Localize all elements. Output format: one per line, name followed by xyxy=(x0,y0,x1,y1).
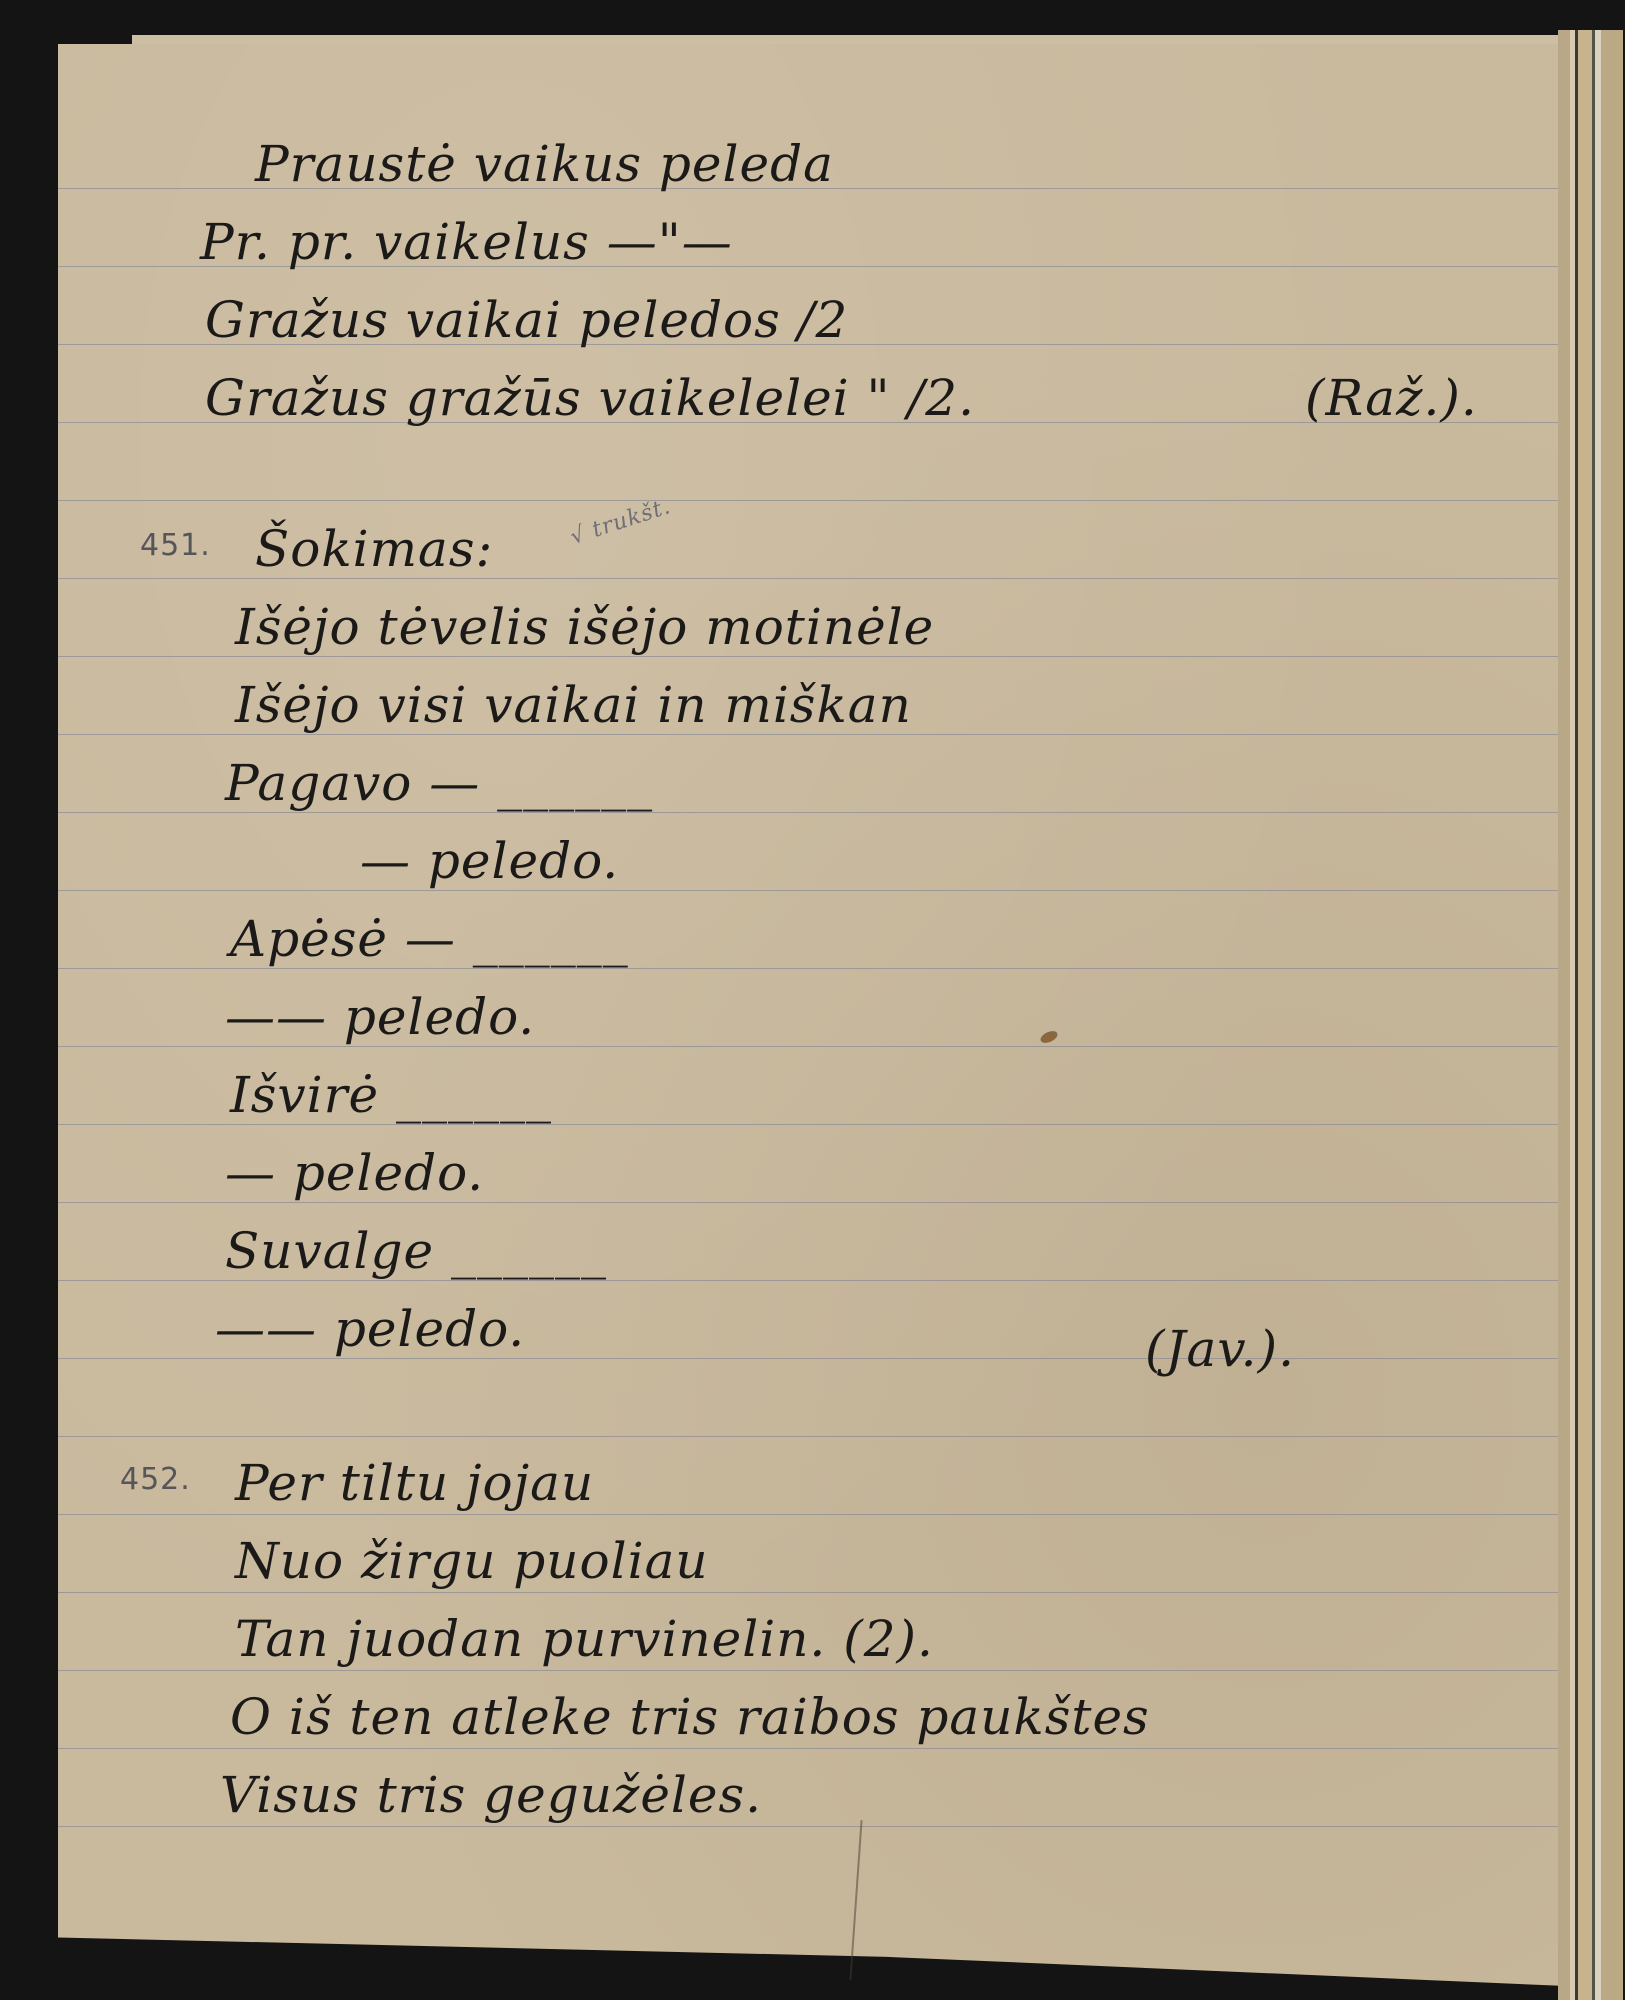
verse-line: Išvirė ______ xyxy=(230,1066,552,1124)
verse-line: —— peledo. xyxy=(215,1300,525,1358)
verse-line: Gražus gražūs vaikelelei " /2. xyxy=(205,369,975,427)
entry-title: Šokimas: xyxy=(255,520,493,578)
ruled-line xyxy=(58,812,1566,813)
verse-line: Per tiltu jojau xyxy=(235,1454,594,1512)
verse-line: Pr. pr. vaikelus —"— xyxy=(200,213,733,271)
entry-number: 452. xyxy=(120,1462,191,1497)
verse-line: Suvalge ______ xyxy=(225,1222,607,1280)
ruled-line xyxy=(58,890,1566,891)
verse-line: — peledo. xyxy=(225,1144,484,1202)
verse-line: Tan juodan purvinelin. (2). xyxy=(235,1610,934,1668)
ruled-line xyxy=(58,1436,1566,1437)
verse-line: Nuo žirgu puoliau xyxy=(235,1532,709,1590)
verse-line: Pagavo — ______ xyxy=(225,754,653,812)
page-edges xyxy=(1558,30,1625,2000)
verse-line: Gražus vaikai peledos /2 xyxy=(205,291,848,349)
ruled-line xyxy=(58,578,1566,579)
ruled-line xyxy=(58,968,1566,969)
ruled-line xyxy=(58,656,1566,657)
ruled-line xyxy=(58,1046,1566,1047)
entry-number: 451. xyxy=(140,528,211,563)
ruled-line xyxy=(58,1358,1566,1359)
verse-line: Apėsė — ______ xyxy=(230,910,629,968)
ruled-line xyxy=(58,1748,1566,1749)
ruled-line xyxy=(58,1514,1566,1515)
verse-line: Išėjo tėvelis išėjo motinėle xyxy=(235,598,934,656)
verse-line: Praustė vaikus peleda xyxy=(255,135,834,193)
source-attribution: (Jav.). xyxy=(1145,1320,1295,1378)
ruled-line xyxy=(58,1124,1566,1125)
verse-line: Visus tris gegužėles. xyxy=(220,1766,762,1824)
ruled-line xyxy=(58,734,1566,735)
ruled-line xyxy=(58,1202,1566,1203)
ruled-line xyxy=(58,1592,1566,1593)
ruled-line xyxy=(58,1280,1566,1281)
ruled-line xyxy=(58,1826,1566,1827)
source-attribution: (Raž.). xyxy=(1305,369,1478,427)
verse-line: O iš ten atleke tris raibos paukštes xyxy=(230,1688,1150,1746)
ruled-line xyxy=(58,500,1566,501)
verse-line: — peledo. xyxy=(360,832,619,890)
verse-line: —— peledo. xyxy=(225,988,535,1046)
ruled-line xyxy=(58,1670,1566,1671)
verse-line: Išėjo visi vaikai in miškan xyxy=(235,676,912,734)
